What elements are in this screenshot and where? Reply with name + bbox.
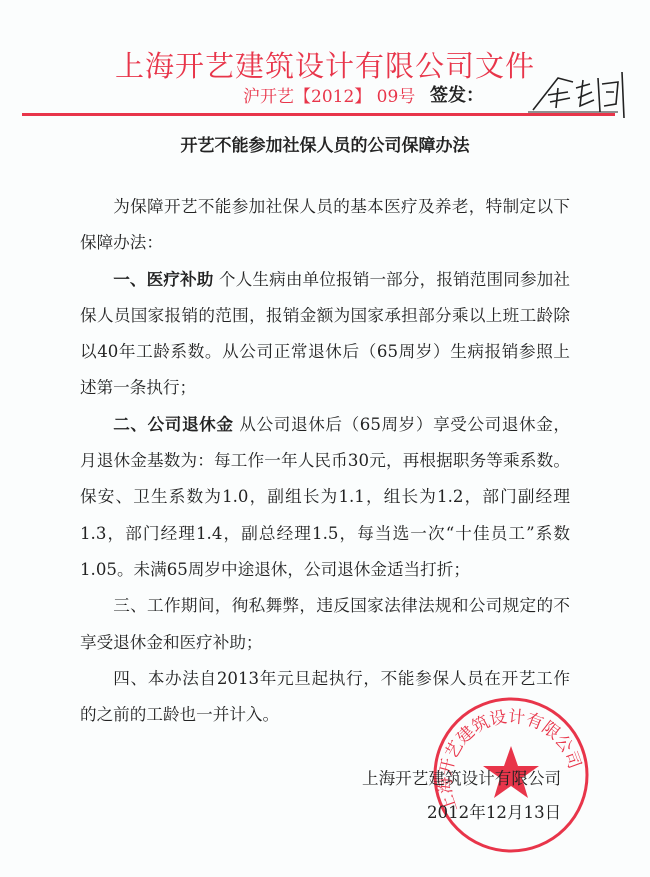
intro-paragraph: 为保障开艺不能参加社保人员的基本医疗及养老，特制定以下保障办法： [80, 189, 570, 262]
issue-date: 2012年12月13日 [427, 799, 561, 823]
section-heading: 一、医疗补助 [113, 270, 213, 289]
section-pension: 二、公司退休金 从公司退休后（65周岁）享受公司退休金，月退休金基数为：每工作一… [80, 407, 570, 588]
document-body: 为保障开艺不能参加社保人员的基本医疗及养老，特制定以下保障办法： 一、医疗补助 … [80, 189, 570, 733]
document-number: 沪开艺【2012】 09号 [243, 82, 415, 107]
red-divider [22, 113, 615, 116]
issuing-organization: 上海开艺建筑设计有限公司 [362, 765, 561, 789]
document-title: 开艺不能参加社保人员的公司保障办法 [0, 131, 650, 156]
section-medical: 一、医疗补助 个人生病由单位报销一部分，报销范围同参加社保人员国家报销的范围，报… [80, 262, 570, 407]
section-heading: 二、公司退休金 [113, 415, 233, 434]
sign-label: 签发： [430, 81, 484, 107]
section-exclusion: 三、工作期间，徇私舞弊，违反国家法律法规和公司规定的不享受退休金和医疗补助； [80, 588, 570, 661]
